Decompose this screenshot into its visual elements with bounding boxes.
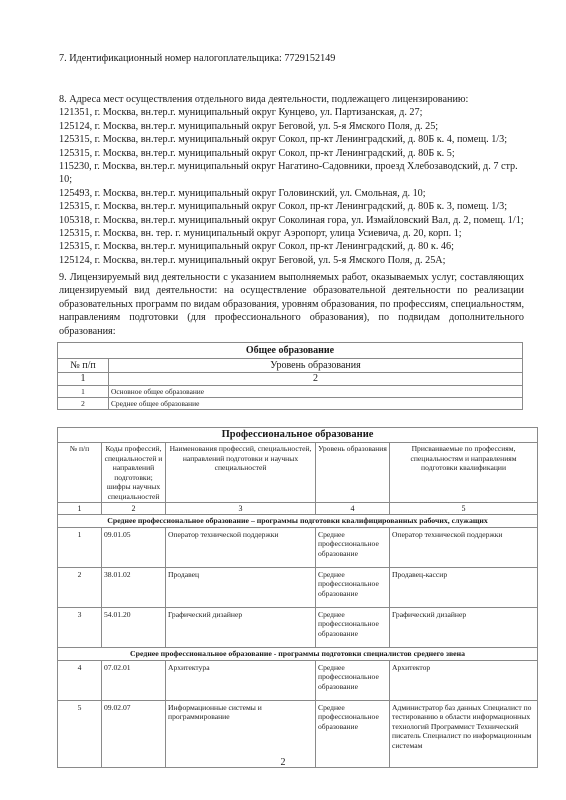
general-education-table: Общее образование № п/п Уровень образова…: [57, 342, 523, 410]
program-name: Графический дизайнер: [166, 608, 316, 648]
qualification: Графический дизайнер: [390, 608, 538, 648]
column-number: 2: [109, 373, 523, 386]
address-line: 125315, г. Москва, вн.тер.г. муниципальн…: [59, 240, 524, 253]
professional-education-table: Профессиональное образование № п/п Коды …: [57, 427, 538, 768]
table-row: 2 Среднее общее образование: [58, 398, 523, 410]
education-level: Среднее профессиональное образование: [316, 661, 390, 701]
address-line: 105318, г. Москва, вн.тер.г. муниципальн…: [59, 214, 524, 227]
address-line: 125315, г. Москва, вн. тер. г. муниципал…: [59, 227, 524, 240]
column-number: 2: [102, 503, 166, 515]
table-row: 2 38.01.02 Продавец Среднее профессионал…: [58, 568, 538, 608]
taxpayer-id-line: 7. Идентификационный номер налогоплатель…: [59, 52, 524, 65]
address-line: 125124, г. Москва, вн.тер.г. муниципальн…: [59, 120, 524, 133]
column-number: 3: [166, 503, 316, 515]
address-line: 125315, г. Москва, вн.тер.г. муниципальн…: [59, 147, 524, 160]
column-header-level: Уровень образования: [316, 443, 390, 503]
column-number: 1: [58, 503, 102, 515]
column-header-codes: Коды профессий, специальностей и направл…: [102, 443, 166, 503]
program-name: Продавец: [166, 568, 316, 608]
general-education-title: Общее образование: [58, 343, 523, 359]
section-heading: Среднее профессиональное образование – п…: [58, 515, 538, 528]
address-line: 121351, г. Москва, вн.тер.г. муниципальн…: [59, 106, 524, 119]
address-line: 125493, г. Москва, вн.тер.г. муниципальн…: [59, 187, 524, 200]
program-code: 38.01.02: [102, 568, 166, 608]
education-level: Среднее общее образование: [109, 398, 523, 410]
row-number: 1: [58, 528, 102, 568]
program-name: Архитектура: [166, 661, 316, 701]
table-row: 1 Основное общее образование: [58, 386, 523, 398]
program-name: Оператор технической поддержки: [166, 528, 316, 568]
education-level: Среднее профессиональное образование: [316, 568, 390, 608]
table-row: 4 07.02.01 Архитектура Среднее профессио…: [58, 661, 538, 701]
row-number: 2: [58, 568, 102, 608]
column-header-number: № п/п: [58, 443, 102, 503]
table-row: 3 54.01.20 Графический дизайнер Среднее …: [58, 608, 538, 648]
program-code: 09.01.05: [102, 528, 166, 568]
education-level: Среднее профессиональное образование: [316, 528, 390, 568]
education-level: Среднее профессиональное образование: [316, 608, 390, 648]
page-number: 2: [0, 757, 566, 768]
column-header-names: Наименования профессий, специальностей, …: [166, 443, 316, 503]
section-heading: Среднее профессиональное образование - п…: [58, 648, 538, 661]
qualification: Оператор технической поддержки: [390, 528, 538, 568]
addresses-heading: 8. Адреса мест осуществления отдельного …: [59, 93, 524, 106]
column-header-level: Уровень образования: [109, 359, 523, 373]
program-code: 54.01.20: [102, 608, 166, 648]
education-level: Основное общее образование: [109, 386, 523, 398]
program-code: 07.02.01: [102, 661, 166, 701]
professional-education-title: Профессиональное образование: [58, 428, 538, 443]
row-number: 4: [58, 661, 102, 701]
column-number: 5: [390, 503, 538, 515]
address-line: 125315, г. Москва, вн.тер.г. муниципальн…: [59, 133, 524, 146]
licensed-activity-paragraph: 9. Лицензируемый вид деятельности с указ…: [59, 271, 524, 338]
row-number: 1: [58, 386, 109, 398]
column-number: 1: [58, 373, 109, 386]
address-line: 125124, г. Москва, вн.тер.г. муниципальн…: [59, 254, 524, 267]
row-number: 2: [58, 398, 109, 410]
row-number: 3: [58, 608, 102, 648]
qualification: Продавец-кассир: [390, 568, 538, 608]
address-line: 115230, г. Москва, вн.тер.г. муниципальн…: [59, 160, 524, 173]
column-header-number: № п/п: [58, 359, 109, 373]
document-page: 7. Идентификационный номер налогоплатель…: [0, 0, 566, 800]
qualification: Архитектор: [390, 661, 538, 701]
address-line: 125315, г. Москва, вн.тер.г. муниципальн…: [59, 200, 524, 213]
column-number: 4: [316, 503, 390, 515]
table-row: 1 09.01.05 Оператор технической поддержк…: [58, 528, 538, 568]
column-header-qualifications: Присваиваемые по профессиям, специальнос…: [390, 443, 538, 503]
address-line: 10;: [59, 173, 524, 186]
addresses-section: 8. Адреса мест осуществления отдельного …: [59, 93, 524, 267]
